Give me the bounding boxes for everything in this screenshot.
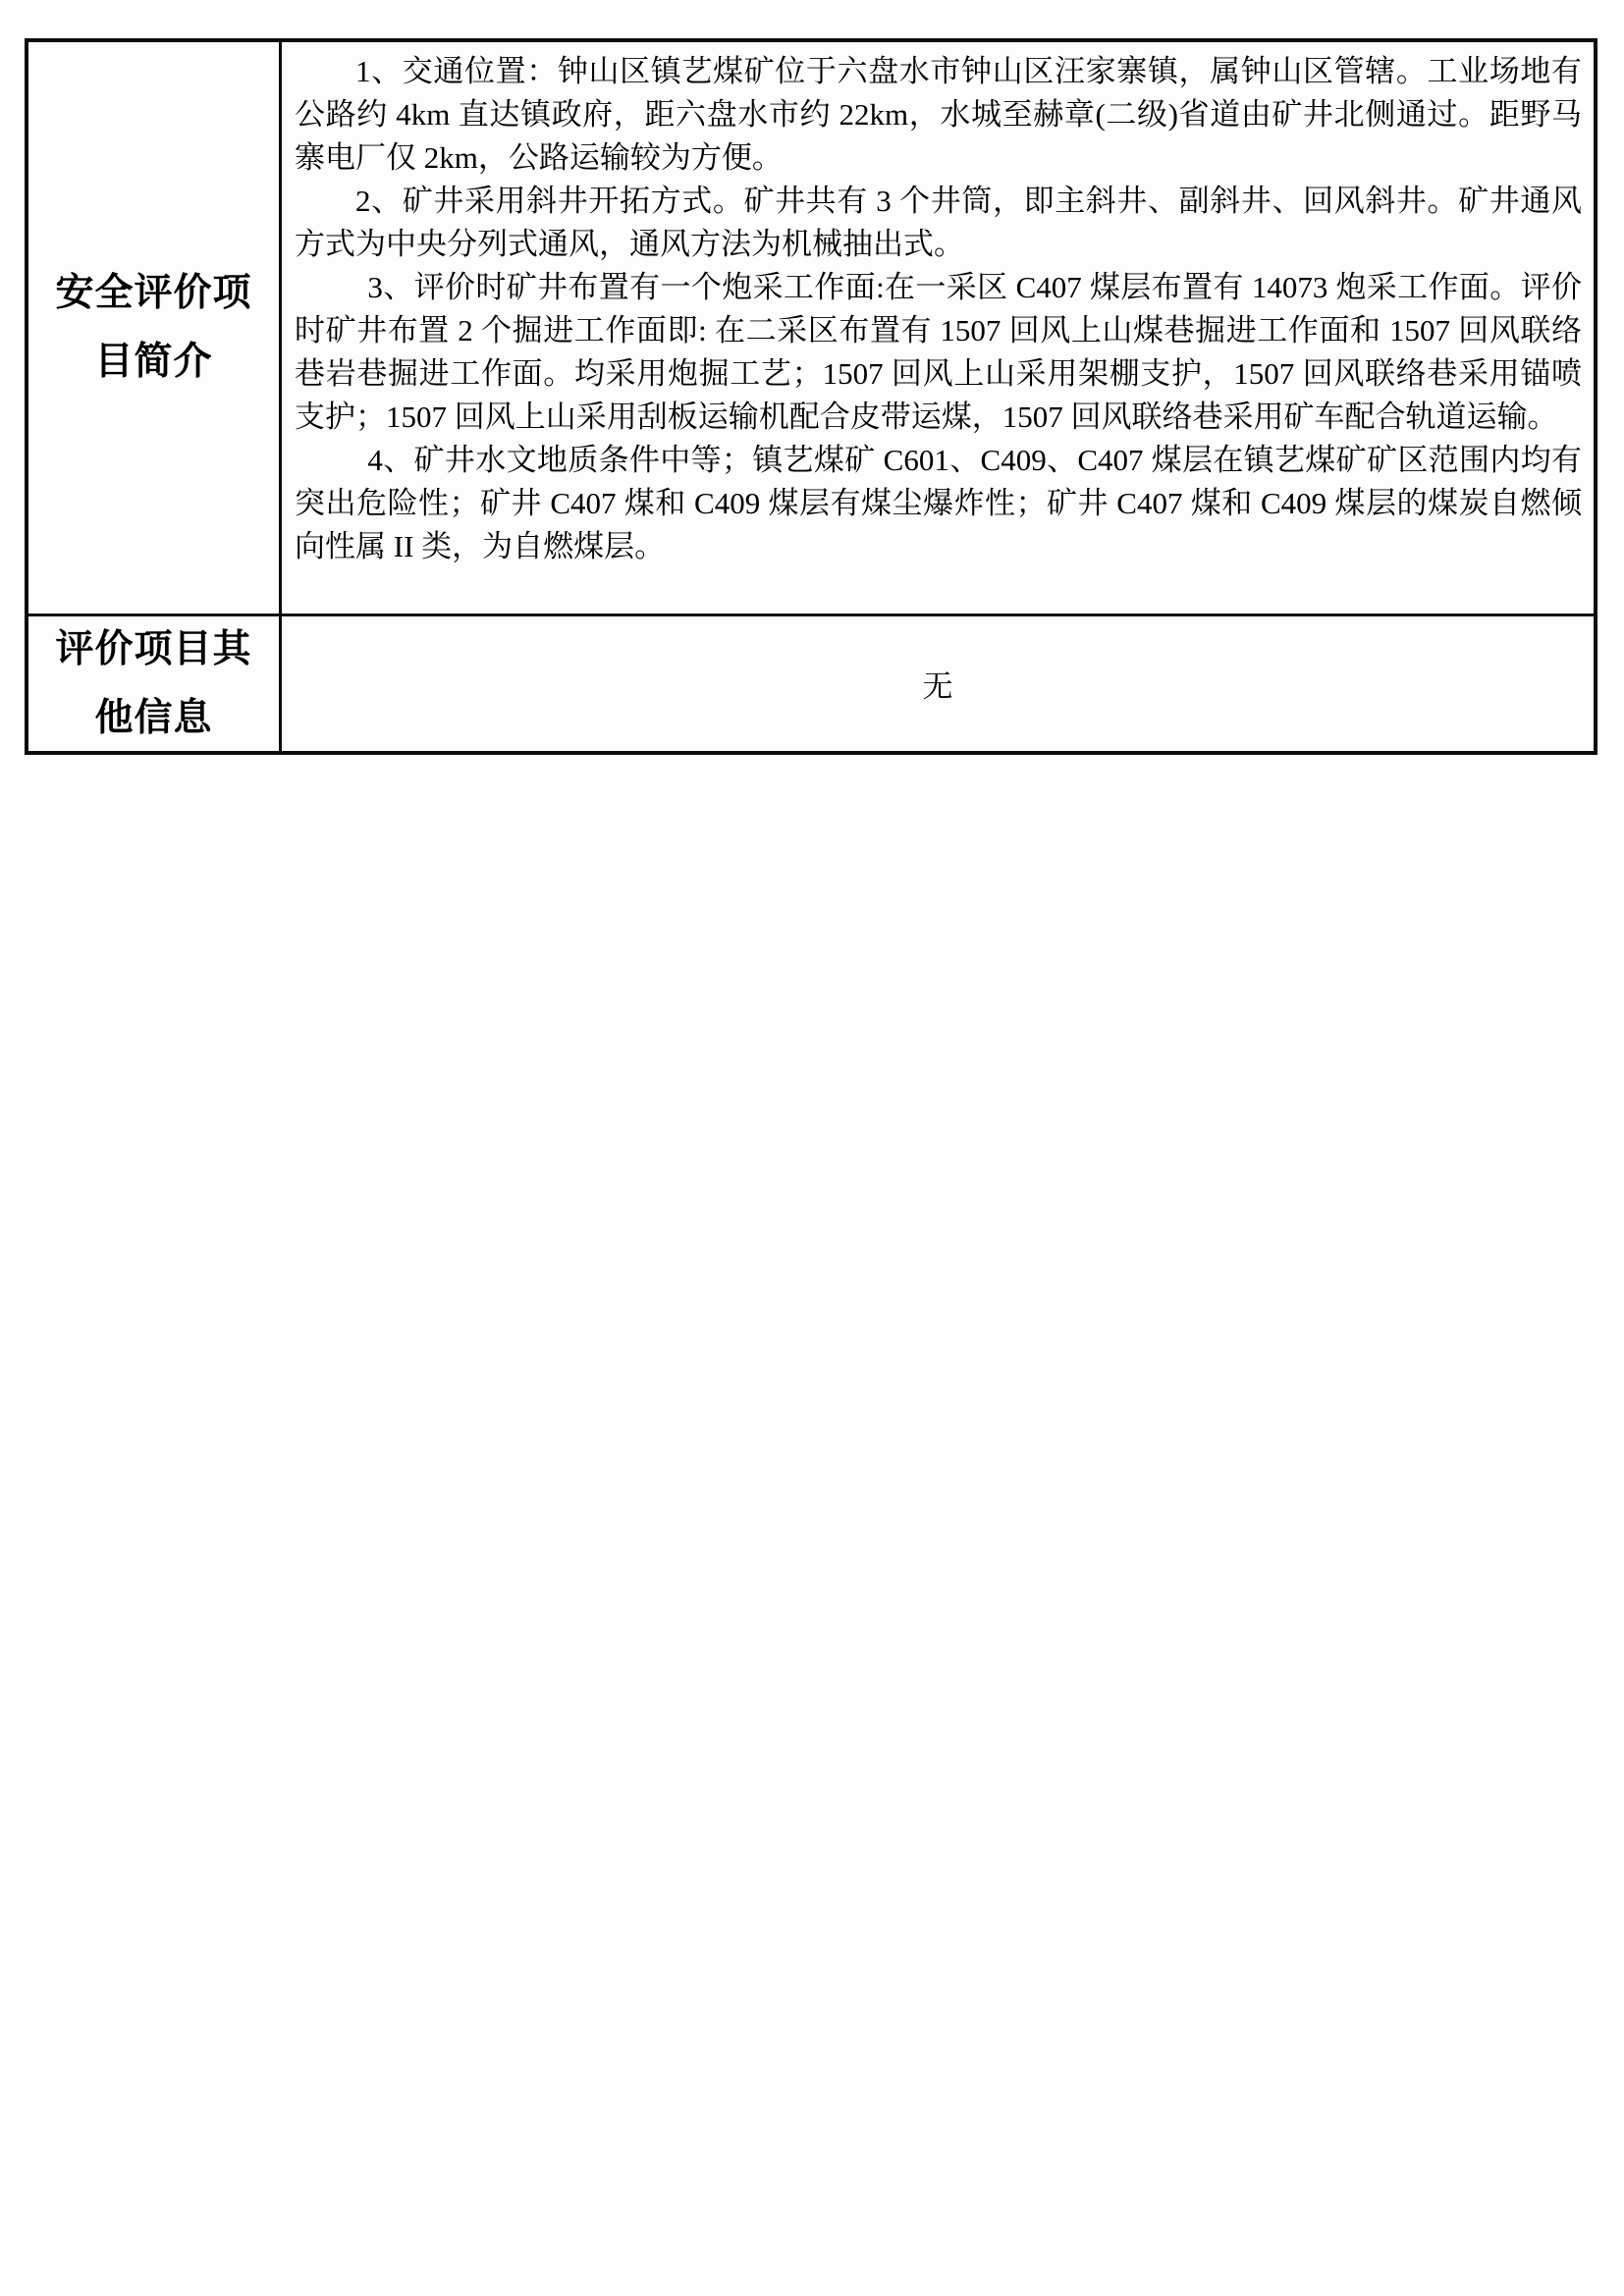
paragraph-working-faces: 3、评价时矿井布置有一个炮采工作面:在一采区 C407 煤层布置有 14073 … bbox=[295, 266, 1582, 439]
other-info-value: 无 bbox=[923, 662, 953, 706]
header-line: 目简介 bbox=[94, 328, 212, 397]
row-header-other-info: 评价项目其 他信息 bbox=[28, 616, 282, 751]
row-header-project-intro: 安全评价项 目简介 bbox=[28, 42, 282, 616]
header-line: 安全评价项 bbox=[55, 259, 251, 328]
paragraph-geology-hazards: 4、矿井水文地质条件中等；镇艺煤矿 C601、C409、C407 煤层在镇艺煤矿… bbox=[295, 439, 1582, 568]
project-intro-content: 1、交通位置：钟山区镇艺煤矿位于六盘水市钟山区汪家寨镇，属钟山区管辖。工业场地有… bbox=[282, 42, 1594, 616]
header-line: 他信息 bbox=[94, 684, 212, 752]
document-page: 安全评价项 目简介 1、交通位置：钟山区镇艺煤矿位于六盘水市钟山区汪家寨镇，属钟… bbox=[0, 0, 1624, 2296]
paragraph-traffic-location: 1、交通位置：钟山区镇艺煤矿位于六盘水市钟山区汪家寨镇，属钟山区管辖。工业场地有… bbox=[295, 50, 1582, 180]
paragraph-mine-development: 2、矿井采用斜井开拓方式。矿井共有 3 个井筒，即主斜井、副斜井、回风斜井。矿井… bbox=[295, 180, 1582, 266]
other-info-content: 无 bbox=[282, 616, 1594, 751]
safety-evaluation-table: 安全评价项 目简介 1、交通位置：钟山区镇艺煤矿位于六盘水市钟山区汪家寨镇，属钟… bbox=[25, 38, 1597, 755]
header-line: 评价项目其 bbox=[55, 616, 251, 684]
